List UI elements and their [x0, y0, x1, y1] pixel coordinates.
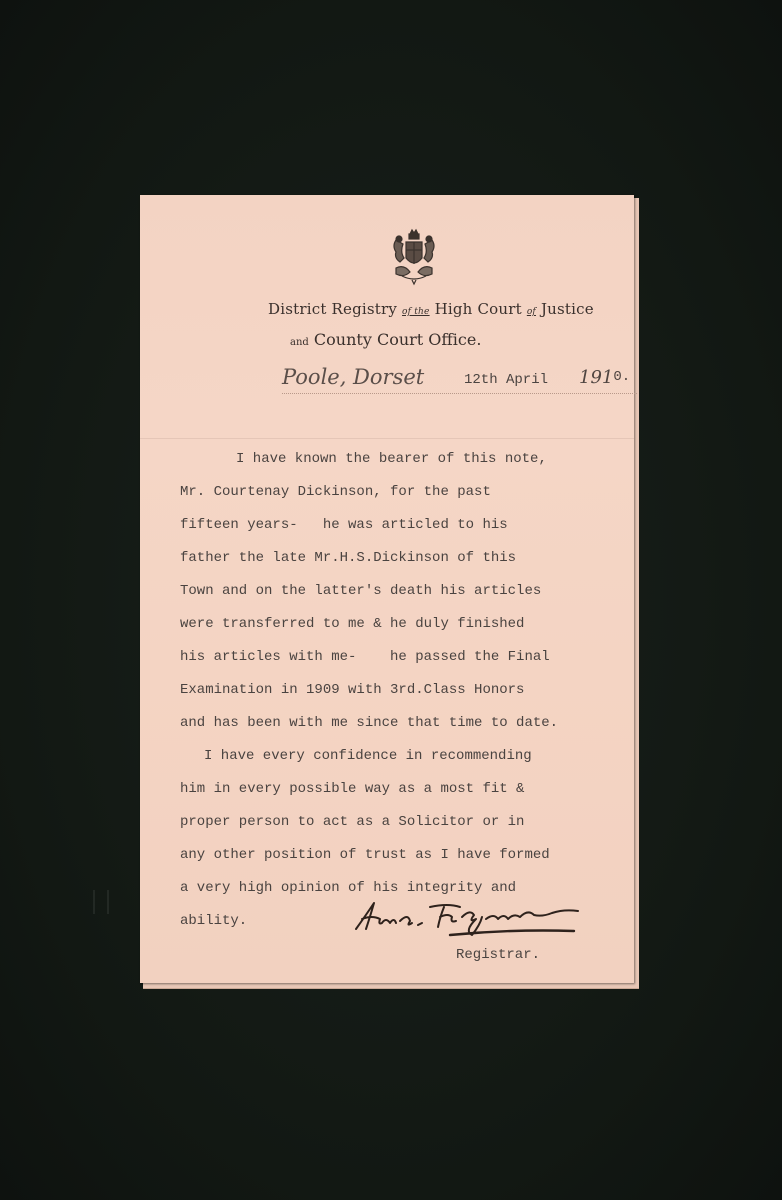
- letterhead-connector: of the: [402, 307, 430, 317]
- coat-of-arms-icon: [388, 228, 440, 286]
- fold-line: [140, 438, 634, 439]
- year: 1910.: [579, 367, 630, 388]
- letterhead-district-registry: District Registry: [268, 300, 397, 318]
- place-name: Poole, Dorset: [282, 365, 424, 389]
- date-typed: 12th April: [464, 372, 548, 388]
- body-line: proper person to act as a Solicitor or i…: [180, 806, 620, 839]
- year-printed: 19: [579, 367, 602, 388]
- body-line: any other position of trust as I have fo…: [180, 839, 620, 872]
- clip-mark: [93, 890, 109, 914]
- body-line: Mr. Courtenay Dickinson, for the past: [180, 476, 620, 509]
- body-line: and has been with me since that time to …: [180, 707, 620, 740]
- letterhead-subtitle: and County Court Office.: [290, 330, 481, 349]
- letterhead-connector: of: [527, 307, 536, 317]
- body-line: were transferred to me & he duly finishe…: [180, 608, 620, 641]
- body-line: him in every possible way as a most fit …: [180, 773, 620, 806]
- letterhead-connector: and: [290, 337, 309, 348]
- dateline: Poole, Dorset 12th April 1910.: [282, 365, 637, 394]
- year-handwritten: 1: [602, 367, 613, 388]
- body-line: I have known the bearer of this note,: [180, 443, 620, 476]
- letterhead-justice: Justice: [541, 300, 594, 318]
- letterhead-high-court: High Court: [435, 300, 522, 318]
- year-typed: 0: [613, 369, 621, 385]
- letterhead-court-office: Court Office.: [377, 330, 481, 349]
- body-line: Examination in 1909 with 3rd.Class Honor…: [180, 674, 620, 707]
- handwritten-signature-icon: [352, 895, 607, 940]
- letterhead-title: District Registry of the High Court of J…: [268, 300, 568, 318]
- body-line: his articles with me- he passed the Fina…: [180, 641, 620, 674]
- letter-body: I have known the bearer of this note, Mr…: [180, 443, 620, 938]
- letterhead-county: County: [314, 330, 372, 349]
- signatory-title: Registrar.: [456, 947, 540, 963]
- letter-sheet: District Registry of the High Court of J…: [140, 195, 634, 983]
- year-period: .: [622, 369, 630, 385]
- body-line: father the late Mr.H.S.Dickinson of this: [180, 542, 620, 575]
- body-line: fifteen years- he was articled to his: [180, 509, 620, 542]
- body-line: I have every confidence in recommending: [180, 740, 620, 773]
- body-line: Town and on the latter's death his artic…: [180, 575, 620, 608]
